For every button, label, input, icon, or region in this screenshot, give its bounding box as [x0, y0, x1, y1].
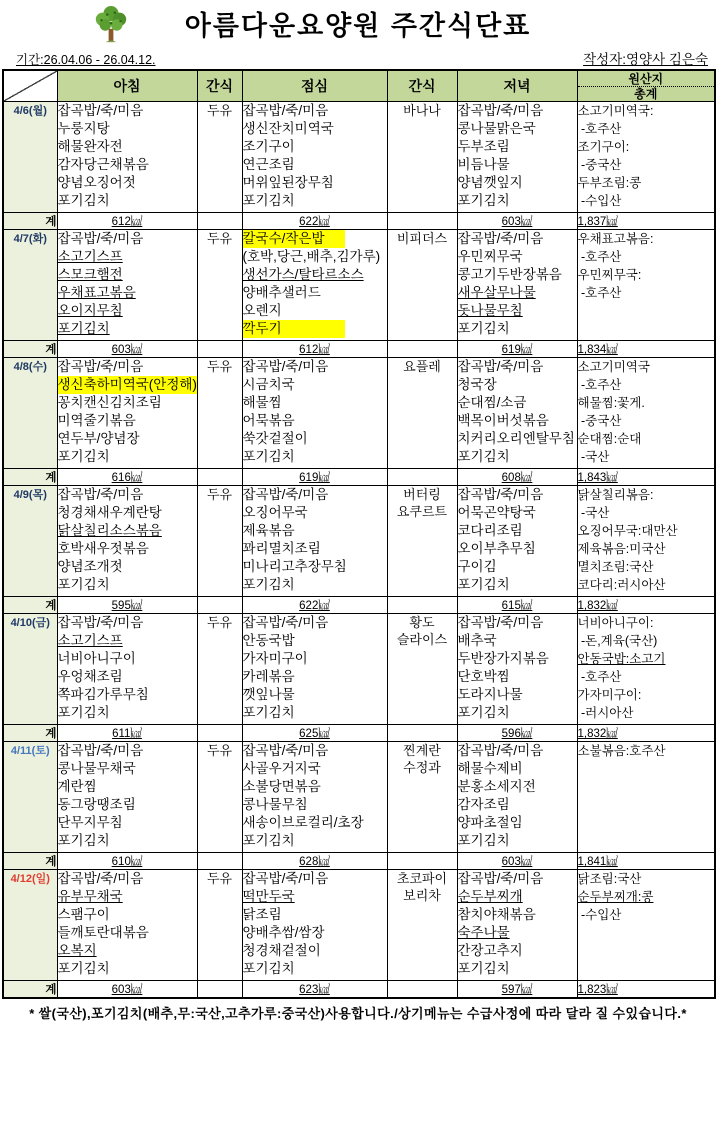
menu-item: 어묵볶음	[243, 412, 387, 430]
menu-item-text: 어묵볶음	[243, 413, 295, 428]
menu-item-text: 잡곡밥/죽/미음	[58, 487, 144, 502]
menu-item: 조기구이	[243, 138, 387, 156]
menu-item-text: 포기김치	[58, 577, 110, 592]
meal-plan-page: 아름다운요양원 주간식단표 기간:26.04.06 - 26.04.12. 작성…	[0, 0, 716, 1130]
menu-item: 시금치국	[243, 376, 387, 394]
menu-item: 너비아니구이	[58, 650, 197, 668]
dinner-kcal-value: 597㎉	[502, 984, 533, 996]
snack1-cell: 두유	[197, 742, 242, 853]
menu-item: 치커리오리엔탈무침	[458, 430, 577, 448]
menu-item: 닭조림:국산	[578, 870, 715, 888]
menu-item: 오이부추무침	[458, 540, 577, 558]
menu-item-text: 닭조림:국산	[578, 872, 642, 886]
menu-item-text: 우채표고볶음:	[578, 232, 654, 246]
menu-item: 쪽파김가루무침	[58, 686, 197, 704]
menu-item-text: 포기김치	[458, 961, 510, 976]
menu-item-text: 잡곡밥/죽/미음	[458, 231, 544, 246]
menu-item: 감자조림	[458, 796, 577, 814]
menu-item-text: 해물찜:꽃게.	[578, 396, 645, 410]
menu-item: 포기김치	[243, 704, 387, 722]
menu-item: 배추국	[458, 632, 577, 650]
empty-cell	[387, 725, 457, 742]
menu-item-text: 포기김치	[243, 705, 295, 720]
menu-item-text: 간장고추지	[458, 943, 523, 958]
menu-item-text: -호주산	[578, 378, 622, 392]
menu-item: 포기김치	[243, 960, 387, 978]
menu-item-text: 콩나물무침	[243, 797, 308, 812]
menu-item: 포기김치	[58, 704, 197, 722]
menu-item: 포기김치	[243, 192, 387, 210]
lunch-kcal-cell: 628㎉	[242, 853, 387, 870]
menu-item-text: 잡곡밥/죽/미음	[243, 359, 329, 374]
breakfast-kcal-cell: 612㎉	[57, 213, 197, 230]
menu-item: -돈,계육(국산)	[578, 632, 715, 650]
menu-item-text: 돗나물무침	[458, 303, 523, 318]
menu-item: 순대찜:순대	[578, 430, 715, 448]
menu-item: 잡곡밥/죽/미음	[243, 614, 387, 632]
menu-item-text: 조기구이:	[578, 140, 630, 154]
breakfast-kcal-value: 603㎉	[112, 344, 143, 356]
menu-item: 잡곡밥/죽/미음	[458, 870, 577, 888]
subtotal-label: 계	[3, 213, 57, 230]
lunch-kcal-value: 628㎉	[299, 856, 330, 868]
menu-item-text: 유부무채국	[58, 889, 123, 904]
breakfast-kcal-cell: 603㎉	[57, 341, 197, 358]
menu-item-text: 스팸구이	[58, 907, 110, 922]
menu-item-text: 코다리조림	[458, 523, 523, 538]
menu-item-text: 분홍소세지전	[458, 779, 536, 794]
menu-item: 잡곡밥/죽/미음	[58, 742, 197, 760]
menu-item: 잡곡밥/죽/미음	[58, 486, 197, 504]
lunch-cell: 잡곡밥/죽/미음생신잔치미역국조기구이연근조림머위잎된장무침포기김치	[242, 102, 387, 213]
menu-item: -수입산	[578, 906, 715, 924]
menu-item: 포기김치	[58, 576, 197, 594]
menu-item-text: 청경채새우계란탕	[58, 505, 162, 520]
menu-item: 잡곡밥/죽/미음	[243, 358, 387, 376]
subtotal-label: 계	[3, 981, 57, 999]
menu-item-text: 새송이브로컬리/초장	[243, 815, 364, 830]
menu-item-text: 배추국	[458, 633, 497, 648]
menu-item: 두부조림:콩	[578, 174, 715, 192]
menu-item-text: 새우살무나물	[458, 285, 536, 300]
empty-cell	[387, 853, 457, 870]
menu-item: 깻잎나물	[243, 686, 387, 704]
menu-item-text: 포기김치	[458, 705, 510, 720]
menu-item-text: 소고기미역국	[578, 360, 650, 374]
menu-item-text: 제육볶음	[243, 523, 295, 538]
menu-item: 포기김치	[58, 832, 197, 850]
menu-item: 생신잔치미역국	[243, 120, 387, 138]
header-lunch: 점심	[242, 70, 387, 102]
origin-cell: 닭살칠리볶음: -국산오징어무국:대만산제육볶음:미국산멸치조림:국산코다리:러…	[577, 486, 715, 597]
total-kcal-cell: 1,832㎉	[577, 725, 715, 742]
menu-item-text: 소고기스프	[58, 633, 123, 648]
menu-item: 잡곡밥/죽/미음	[458, 102, 577, 120]
menu-item: 스모크햄전	[58, 266, 197, 284]
menu-item-text: 잡곡밥/죽/미음	[243, 103, 329, 118]
menu-item: -국산	[578, 504, 715, 522]
lunch-cell: 칼국수/작은밥(호박,당근,배추,김가루)생선가스/탈타르소스양배추샐러드오렌지…	[242, 230, 387, 341]
empty-cell	[197, 597, 242, 614]
menu-item: 포기김치	[458, 320, 577, 338]
menu-item-text: 잡곡밥/죽/미음	[458, 359, 544, 374]
menu-item-text: 잡곡밥/죽/미음	[458, 871, 544, 886]
menu-item-text: 잡곡밥/죽/미음	[243, 615, 329, 630]
menu-item: 참치야채볶음	[458, 906, 577, 924]
menu-item-text: -호주산	[578, 670, 622, 684]
menu-item-text: 백목이버섯볶음	[458, 413, 549, 428]
subtotal-row: 계616㎉619㎉608㎉1,843㎉	[3, 469, 715, 486]
menu-item-text: 포기김치	[58, 449, 110, 464]
menu-item-text: 잡곡밥/죽/미음	[458, 743, 544, 758]
menu-item: 포기김치	[243, 448, 387, 466]
menu-item: 생선가스/탈타르소스	[243, 266, 387, 284]
menu-item: 제육볶음	[243, 522, 387, 540]
menu-item-text: 떡만두국	[243, 889, 295, 904]
menu-item-text: 연두부/양념장	[58, 431, 140, 446]
menu-item-text: 깍두기	[243, 320, 345, 338]
menu-item-text: 두부조림:콩	[578, 176, 642, 190]
menu-item: 잡곡밥/죽/미음	[58, 870, 197, 888]
snack1-cell: 두유	[197, 230, 242, 341]
subtotal-row: 계603㎉623㎉597㎉1,823㎉	[3, 981, 715, 999]
menu-item: 어묵곤약탕국	[458, 504, 577, 522]
lunch-kcal-cell: 625㎉	[242, 725, 387, 742]
menu-item: 양배추쌈/쌈장	[243, 924, 387, 942]
menu-item-text: 포기김치	[458, 321, 510, 336]
dinner-kcal-cell: 596㎉	[457, 725, 577, 742]
menu-item-text: 포기김치	[58, 961, 110, 976]
header-origin: 원산지	[578, 72, 715, 87]
origin-cell: 우채표고볶음: -호주산우민찌무국: -호주산	[577, 230, 715, 341]
subtotal-row: 계612㎉622㎉603㎉1,837㎉	[3, 213, 715, 230]
snack2-cell: 황도 슬라이스	[387, 614, 457, 725]
menu-item-text: 순두부찌개:콩	[578, 890, 654, 904]
breakfast-kcal-cell: 610㎉	[57, 853, 197, 870]
menu-item: 머위잎된장무침	[243, 174, 387, 192]
menu-item: 우채표고볶음	[58, 284, 197, 302]
menu-item: 잡곡밥/죽/미음	[458, 230, 577, 248]
subtotal-label: 계	[3, 469, 57, 486]
menu-item: 소고기스프	[58, 632, 197, 650]
menu-item-text: 포기김치	[243, 961, 295, 976]
menu-item: 두반장가지볶음	[458, 650, 577, 668]
menu-item-text: 들깨토란대볶음	[58, 925, 149, 940]
menu-item: 누룽지탕	[58, 120, 197, 138]
dinner-cell: 잡곡밥/죽/미음해물수제비분홍소세지전감자조림양파초절임포기김치	[457, 742, 577, 853]
menu-item: 오징어무국	[243, 504, 387, 522]
origin-cell: 닭조림:국산순두부찌개:콩 -수입산	[577, 870, 715, 981]
menu-item-text: 코다리:러시아산	[578, 578, 666, 592]
dinner-kcal-cell: 615㎉	[457, 597, 577, 614]
menu-item-text: 단무지무침	[58, 815, 123, 830]
menu-item: 해물찜:꽃게.	[578, 394, 715, 412]
dinner-kcal-value: 603㎉	[502, 856, 533, 868]
day-label: 4/9(목)	[3, 486, 57, 597]
menu-item-text: 우민찌무국	[458, 249, 523, 264]
subtotal-row: 계603㎉612㎉619㎉1,834㎉	[3, 341, 715, 358]
menu-item: 포기김치	[58, 448, 197, 466]
menu-item-text: 소고기미역국:	[578, 104, 654, 118]
menu-item-text: 잡곡밥/죽/미음	[458, 615, 544, 630]
menu-item-text: 안동국밥:소고기	[578, 652, 666, 666]
menu-item-text: 닭살칠리볶음:	[578, 488, 654, 502]
menu-item: 연근조림	[243, 156, 387, 174]
menu-item: 우엉채조림	[58, 668, 197, 686]
dinner-kcal-cell: 603㎉	[457, 213, 577, 230]
meal-table-body: 4/6(월)잡곡밥/죽/미음누룽지탕해물완자전감자당근채볶음양념오징어젓포기김치…	[3, 102, 715, 999]
menu-item: 간장고추지	[458, 942, 577, 960]
menu-item-text: 소불당면볶음	[243, 779, 321, 794]
total-kcal-value: 1,823㎉	[578, 984, 618, 996]
lunch-kcal-cell: 622㎉	[242, 213, 387, 230]
menu-item-text: 참치야채볶음	[458, 907, 536, 922]
menu-item-text: 쪽파김가루무침	[58, 687, 149, 702]
menu-item-text: 호박새우젓볶음	[58, 541, 149, 556]
menu-item-text: 안동국밥	[243, 633, 295, 648]
breakfast-kcal-cell: 603㎉	[57, 981, 197, 999]
menu-item-text: 포기김치	[58, 833, 110, 848]
menu-item: 양파초절임	[458, 814, 577, 832]
header-total: 총계	[578, 87, 715, 101]
lunch-kcal-value: 625㎉	[299, 728, 330, 740]
tree-icon	[92, 4, 130, 46]
menu-item-text: 카레볶음	[243, 669, 295, 684]
menu-item: 안동국밥	[243, 632, 387, 650]
menu-item-text: 단호박찜	[458, 669, 510, 684]
menu-item-text: 양념깻잎지	[458, 175, 523, 190]
dinner-kcal-cell: 619㎉	[457, 341, 577, 358]
menu-item-text: 칼국수/작은밥	[243, 230, 345, 248]
menu-item: 포기김치	[58, 320, 197, 338]
menu-item: 콩나물무침	[243, 796, 387, 814]
menu-item: 동그랑땡조림	[58, 796, 197, 814]
origin-cell: 소고기미역국 -호주산해물찜:꽃게. -중국산순대찜:순대 -국산	[577, 358, 715, 469]
origin-cell: 소불볶음:호주산	[577, 742, 715, 853]
menu-item-text: 구이김	[458, 559, 497, 574]
menu-item: 잡곡밥/죽/미음	[58, 102, 197, 120]
header-breakfast: 아침	[57, 70, 197, 102]
menu-item: 포기김치	[243, 832, 387, 850]
menu-item: 콩나물맑은국	[458, 120, 577, 138]
menu-item: 꽈리멸치조림	[243, 540, 387, 558]
menu-item: -호주산	[578, 376, 715, 394]
day-label: 4/7(화)	[3, 230, 57, 341]
subtotal-label: 계	[3, 597, 57, 614]
menu-item-text: 두부조림	[458, 139, 510, 154]
menu-item-text: 순대찜:순대	[578, 432, 642, 446]
breakfast-kcal-value: 610㎉	[112, 856, 143, 868]
menu-item-text: 너비아니구이:	[578, 616, 654, 630]
dinner-kcal-cell: 603㎉	[457, 853, 577, 870]
breakfast-cell: 잡곡밥/죽/미음누룽지탕해물완자전감자당근채볶음양념오징어젓포기김치	[57, 102, 197, 213]
day-row: 4/8(수)잡곡밥/죽/미음생신축하미역국(안정해)꽁치캔신김치조림미역줄기볶음…	[3, 358, 715, 469]
menu-item: 닭조림	[243, 906, 387, 924]
menu-item: 잡곡밥/죽/미음	[58, 614, 197, 632]
menu-item: 순대찜/소금	[458, 394, 577, 412]
total-kcal-value: 1,832㎉	[578, 728, 618, 740]
menu-item: 카레볶음	[243, 668, 387, 686]
menu-item-text: 오이지무침	[58, 303, 123, 318]
breakfast-kcal-cell: 616㎉	[57, 469, 197, 486]
dinner-cell: 잡곡밥/죽/미음청국장순대찜/소금백목이버섯볶음치커리오리엔탈무침포기김치	[457, 358, 577, 469]
menu-item: 계란찜	[58, 778, 197, 796]
subtotal-label: 계	[3, 341, 57, 358]
snack1-cell: 두유	[197, 870, 242, 981]
dinner-kcal-cell: 608㎉	[457, 469, 577, 486]
total-kcal-cell: 1,832㎉	[577, 597, 715, 614]
menu-item-text: 포기김치	[243, 577, 295, 592]
menu-item: 해물수제비	[458, 760, 577, 778]
menu-item-text: 두반장가지볶음	[458, 651, 549, 666]
menu-item-text: 청경채겉절이	[243, 943, 321, 958]
menu-item-text: -수입산	[578, 908, 622, 922]
menu-item-text: -국산	[578, 450, 610, 464]
menu-item-text: 포기김치	[458, 577, 510, 592]
footer-note: * 쌀(국산),포기김치(배추,무:국산,고추가루:중국산)사용합니다./상기메…	[0, 1003, 716, 1022]
empty-cell	[387, 341, 457, 358]
subtotal-row: 계595㎉622㎉615㎉1,832㎉	[3, 597, 715, 614]
menu-item: 포기김치	[243, 576, 387, 594]
menu-item: 포기김치	[458, 192, 577, 210]
menu-item-text: 동그랑땡조림	[58, 797, 136, 812]
menu-item-text: 비듬나물	[458, 157, 510, 172]
menu-item: 코다리조림	[458, 522, 577, 540]
menu-item-text: 미나리고추장무침	[243, 559, 347, 574]
empty-cell	[197, 469, 242, 486]
menu-item: 멸치조림:국산	[578, 558, 715, 576]
menu-item-text: 포기김치	[58, 321, 110, 336]
menu-item: 백목이버섯볶음	[458, 412, 577, 430]
menu-item-text: 가자미구이:	[578, 688, 642, 702]
dinner-cell: 잡곡밥/죽/미음우민찌무국콩고기두반장볶음새우살무나물돗나물무침포기김치	[457, 230, 577, 341]
menu-item: 우민찌무국:	[578, 266, 715, 284]
menu-item: 포기김치	[458, 960, 577, 978]
menu-item: (호박,당근,배추,김가루)	[243, 248, 387, 266]
menu-item: 소고기미역국:	[578, 102, 715, 120]
breakfast-kcal-value: 595㎉	[112, 600, 143, 612]
dinner-kcal-value: 603㎉	[502, 216, 533, 228]
empty-cell	[197, 213, 242, 230]
table-header-row: 아침 간식 점심 간식 저녁 원산지 총계	[3, 70, 715, 102]
menu-item-text: 양배추쌈/쌈장	[243, 925, 325, 940]
menu-item: 포기김치	[458, 704, 577, 722]
menu-item: 우채표고볶음:	[578, 230, 715, 248]
title-row: 아름다운요양원 주간식단표	[0, 0, 716, 50]
day-label: 4/10(금)	[3, 614, 57, 725]
menu-item: 오렌지	[243, 302, 387, 320]
menu-item-text: 잡곡밥/죽/미음	[458, 103, 544, 118]
menu-item-text: 잡곡밥/죽/미음	[58, 871, 144, 886]
menu-item: 잡곡밥/죽/미음	[458, 614, 577, 632]
menu-item: -수입산	[578, 192, 715, 210]
menu-item: 소고기미역국	[578, 358, 715, 376]
empty-cell	[197, 725, 242, 742]
menu-item-text: 포기김치	[458, 193, 510, 208]
menu-item: 꽁치캔신김치조림	[58, 394, 197, 412]
empty-cell	[197, 853, 242, 870]
menu-item: 비듬나물	[458, 156, 577, 174]
dinner-kcal-cell: 597㎉	[457, 981, 577, 999]
dinner-kcal-value: 608㎉	[502, 472, 533, 484]
dinner-kcal-value: 596㎉	[502, 728, 533, 740]
total-kcal-value: 1,841㎉	[578, 856, 618, 868]
menu-item: 새송이브로컬리/초장	[243, 814, 387, 832]
menu-item-text: 머위잎된장무침	[243, 175, 334, 190]
lunch-kcal-value: 622㎉	[299, 600, 330, 612]
menu-item: 구이김	[458, 558, 577, 576]
menu-item: 잡곡밥/죽/미음	[458, 486, 577, 504]
lunch-cell: 잡곡밥/죽/미음오징어무국제육볶음꽈리멸치조림미나리고추장무침포기김치	[242, 486, 387, 597]
day-row: 4/6(월)잡곡밥/죽/미음누룽지탕해물완자전감자당근채볶음양념오징어젓포기김치…	[3, 102, 715, 213]
menu-item: 칼국수/작은밥	[243, 230, 387, 248]
menu-item: 닭살칠리소스볶음	[58, 522, 197, 540]
menu-item: 해물찜	[243, 394, 387, 412]
menu-item-text: 오징어무국:대만산	[578, 524, 678, 538]
dinner-cell: 잡곡밥/죽/미음순두부찌개참치야채볶음숙주나물간장고추지포기김치	[457, 870, 577, 981]
lunch-cell: 잡곡밥/죽/미음안동국밥가자미구이카레볶음깻잎나물포기김치	[242, 614, 387, 725]
menu-item-text: 콩나물무채국	[58, 761, 136, 776]
menu-item-text: -중국산	[578, 158, 622, 172]
total-kcal-cell: 1,823㎉	[577, 981, 715, 999]
menu-item: 양념오징어젓	[58, 174, 197, 192]
menu-item: 잡곡밥/죽/미음	[243, 102, 387, 120]
menu-item-text: 포기김치	[58, 193, 110, 208]
lunch-kcal-cell: 612㎉	[242, 341, 387, 358]
menu-item: 호박새우젓볶음	[58, 540, 197, 558]
dinner-kcal-value: 615㎉	[502, 600, 533, 612]
lunch-kcal-value: 619㎉	[299, 472, 330, 484]
meal-plan-table: 아침 간식 점심 간식 저녁 원산지 총계 4/6(월)잡곡밥/죽/미음누룽지탕…	[2, 69, 716, 999]
meta-row: 기간:26.04.06 - 26.04.12. 작성자:영양사 김은숙	[0, 50, 716, 69]
menu-item: 스팸구이	[58, 906, 197, 924]
menu-item: 닭살칠리볶음:	[578, 486, 715, 504]
empty-cell	[387, 469, 457, 486]
menu-item: 순두부찌개	[458, 888, 577, 906]
snack2-cell: 찐계란 수정과	[387, 742, 457, 853]
total-kcal-cell: 1,834㎉	[577, 341, 715, 358]
menu-item-text: 우엉채조림	[58, 669, 123, 684]
header-origin-total: 원산지 총계	[577, 70, 715, 102]
menu-item-text: 감자조림	[458, 797, 510, 812]
menu-item: 양념깻잎지	[458, 174, 577, 192]
day-row: 4/10(금)잡곡밥/죽/미음소고기스프너비아니구이우엉채조림쪽파김가루무침포기…	[3, 614, 715, 725]
subtotal-row: 계611㎉625㎉596㎉1,832㎉	[3, 725, 715, 742]
snack1-cell: 두유	[197, 486, 242, 597]
menu-item-text: 포기김치	[458, 833, 510, 848]
menu-item: 콩나물무채국	[58, 760, 197, 778]
menu-item-text: 포기김치	[243, 193, 295, 208]
menu-item-text: 양념조개젓	[58, 559, 123, 574]
menu-item: 잡곡밥/죽/미음	[58, 358, 197, 376]
menu-item: 포기김치	[458, 576, 577, 594]
menu-item: 잡곡밥/죽/미음	[58, 230, 197, 248]
menu-item-text: 포기김치	[243, 833, 295, 848]
menu-item-text: 미역줄기볶음	[58, 413, 136, 428]
menu-item-text: 양파초절임	[458, 815, 523, 830]
menu-item: 청국장	[458, 376, 577, 394]
lunch-kcal-value: 612㎉	[299, 344, 330, 356]
menu-item-text: 제육볶음:미국산	[578, 542, 666, 556]
menu-item-text: -호주산	[578, 122, 622, 136]
menu-item: 단무지무침	[58, 814, 197, 832]
menu-item: 순두부찌개:콩	[578, 888, 715, 906]
total-kcal-cell: 1,837㎉	[577, 213, 715, 230]
menu-item-text: 멸치조림:국산	[578, 560, 654, 574]
menu-item-text: 연근조림	[243, 157, 295, 172]
menu-item-text: 조기구이	[243, 139, 295, 154]
menu-item-text: 스모크햄전	[58, 267, 123, 282]
